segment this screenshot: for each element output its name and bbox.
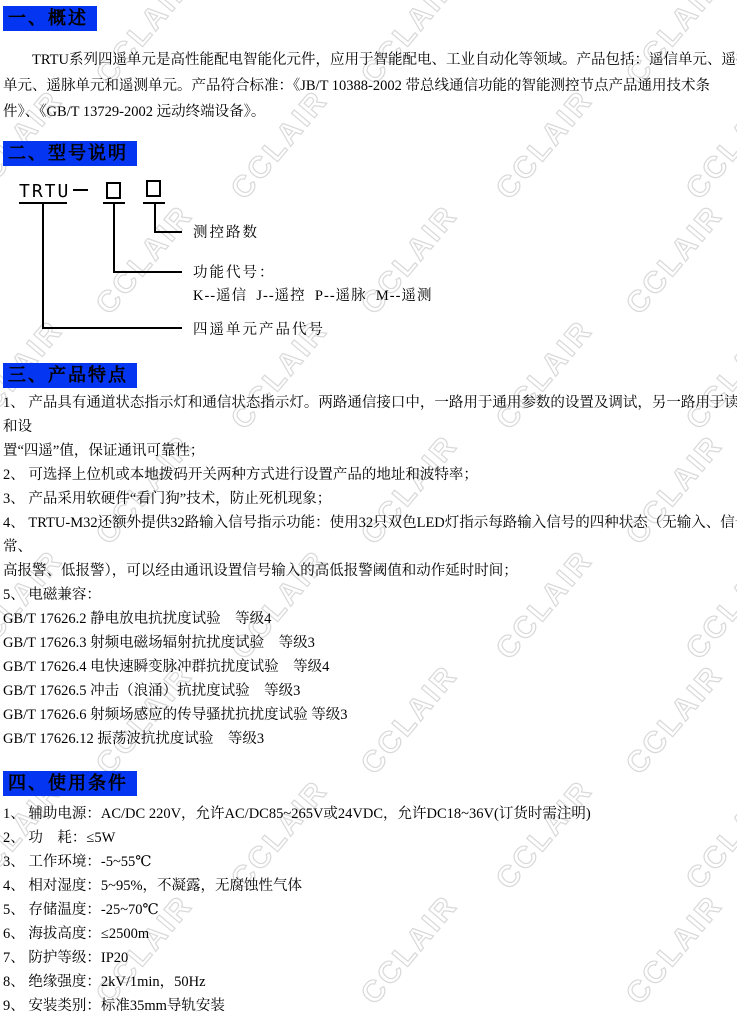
section-heading-conditions: 四、使用条件	[3, 771, 137, 796]
text-line: 高报警、低报警），可以经由通讯设置信号输入的高低报警阈值和动作延时时间；	[3, 559, 734, 583]
channel-count-box	[146, 180, 161, 197]
text-line: GB/T 17626.3 射频电磁场辐射抗扰度试验 等级3	[3, 631, 734, 655]
text-line: 和设	[3, 415, 734, 439]
text-line: 6、 海拔高度：≤2500m	[3, 922, 734, 946]
dash-line	[73, 189, 88, 191]
function-code-box	[106, 182, 121, 199]
text-line: 件》、《GB/T 13729-2002 远动终端设备》。	[3, 99, 734, 125]
connector-line-horizontal	[42, 327, 182, 329]
function-code-label: 功能代号：	[193, 261, 276, 282]
text-line: 1、 产品具有通道状态指示灯和通信状态指示灯。两路通信接口中，一路用于通用参数的…	[3, 391, 734, 415]
text-line: 9、 安装类别：标准35mm导轨安装	[3, 994, 734, 1012]
function-code-options: K--遥信 J--遥控 P--遥脉 M--遥测	[193, 284, 432, 305]
text-line: 4、 相对湿度：5~95%，不凝露，无腐蚀性气体	[3, 874, 734, 898]
text-line: GB/T 17626.2 静电放电抗扰度试验 等级4	[3, 607, 734, 631]
overview-paragraph: TRTU系列四遥单元是高性能配电智能化元件，应用于智能配电、工业自动化等领域。产…	[3, 47, 734, 125]
conditions-list: 1、 辅助电源：AC/DC 220V，允许AC/DC85~265V或24VDC，…	[3, 802, 734, 1012]
text-line: 8、 绝缘强度：2kV/1min，50Hz	[3, 970, 734, 994]
connector-line-vertical	[154, 204, 156, 231]
text-line: 5、 存储温度：-25~70℃	[3, 898, 734, 922]
text-line: 2、 功 耗：≤5W	[3, 826, 734, 850]
text-line: 单元、遥脉单元和遥测单元。产品符合标准：《JB/T 10388-2002 带总线…	[3, 73, 734, 99]
text-line: GB/T 17626.12 振荡波抗扰度试验 等级3	[3, 727, 734, 751]
text-line: 5、 电磁兼容：	[3, 583, 734, 607]
section-heading-overview: 一、概述	[3, 6, 97, 31]
connector-line-vertical	[113, 204, 115, 271]
text-line: 7、 防护等级：IP20	[3, 946, 734, 970]
connector-line-horizontal	[113, 271, 182, 273]
text-line: 3、 产品采用软硬件“看门狗”技术，防止死机现象；	[3, 487, 734, 511]
product-code-label: 四遥单元产品代号	[193, 318, 325, 339]
text-line: GB/T 17626.5 冲击（浪涌）抗扰度试验 等级3	[3, 679, 734, 703]
text-line: 3、 工作环境：-5~55℃	[3, 850, 734, 874]
text-line: 1、 辅助电源：AC/DC 220V，允许AC/DC85~265V或24VDC，…	[3, 802, 734, 826]
features-list: 1、 产品具有通道状态指示灯和通信状态指示灯。两路通信接口中，一路用于通用参数的…	[3, 391, 734, 751]
channels-label: 测控路数	[193, 221, 259, 242]
document-page: CCLAIRCCLAIRCCLAIRCCLAIRCCLAIRCCLAIRCCLA…	[0, 0, 737, 1012]
text-line: GB/T 17626.4 电快速瞬变脉冲群抗扰度试验 等级4	[3, 655, 734, 679]
document-content: 一、概述 TRTU系列四遥单元是高性能配电智能化元件，应用于智能配电、工业自动化…	[0, 0, 737, 1012]
connector-line-vertical	[42, 204, 44, 327]
model-prefix-text: TRTU	[19, 181, 70, 202]
section-heading-model: 二、型号说明	[3, 141, 137, 166]
text-line: TRTU系列四遥单元是高性能配电智能化元件，应用于智能配电、工业自动化等领域。产…	[3, 47, 734, 73]
text-line: 4、 TRTU-M32还额外提供32路输入信号指示功能：使用32只双色LED灯指…	[3, 511, 734, 535]
model-number-diagram: TRTU 测控路数 功能代号： K--遥信 J--遥控 P--遥脉 M--遥测 …	[3, 178, 734, 346]
connector-line-horizontal	[154, 231, 182, 233]
text-line: 置“四遥”值，保证通讯可靠性；	[3, 439, 734, 463]
section-heading-features: 三、产品特点	[3, 363, 137, 388]
text-line: GB/T 17626.6 射频场感应的传导骚扰抗扰度试验 等级3	[3, 703, 734, 727]
text-line: 常、	[3, 535, 734, 559]
text-line: 2、 可选择上位机或本地拨码开关两种方式进行设置产品的地址和波特率；	[3, 463, 734, 487]
